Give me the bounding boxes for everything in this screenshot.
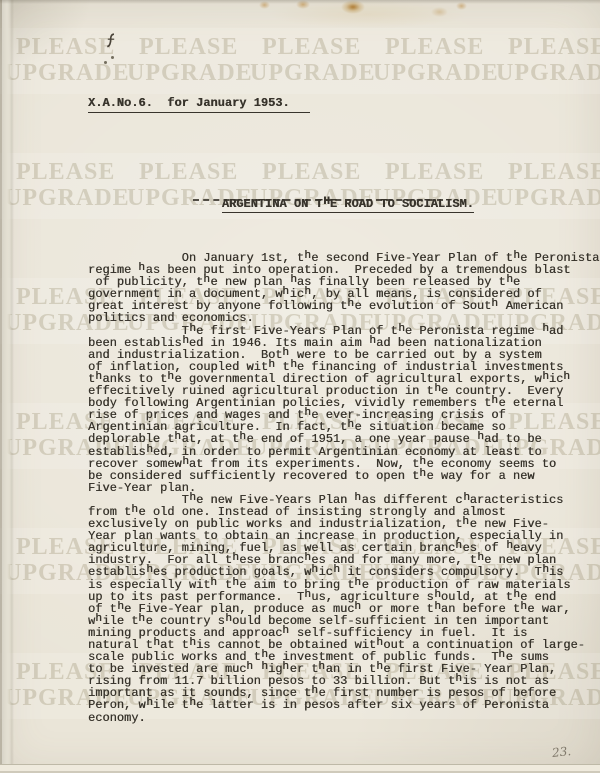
text-line: economy.	[88, 712, 599, 724]
watermark-word-please: PLEASE	[385, 159, 484, 186]
page-title: ARGENTINA ON THE ROAD TO SOCIALISM.	[193, 183, 474, 227]
scanned-document-page: PLEASEUPGRADEPLEASEUPGRADEPLEASEUPGRADEP…	[0, 0, 600, 773]
text-line: deplorable that, at the end of 1951, a o…	[88, 433, 599, 445]
text-line: established, in order to permit Argentin…	[88, 446, 599, 458]
text-line: establishes production goals, which it c…	[88, 566, 599, 578]
watermark-word-upgrade: UPGRADE	[127, 60, 253, 87]
watermark-word-please: PLEASE	[139, 159, 238, 186]
watermark-word-upgrade: UPGRADE	[496, 60, 600, 87]
watermark-word-please: PLEASE	[262, 159, 361, 186]
text-line: be considered sufficiently recovered to …	[88, 470, 599, 482]
watermark-word-please: PLEASE	[262, 34, 361, 61]
corner-shading	[0, 0, 130, 100]
watermark-word-upgrade: UPGRADE	[496, 185, 600, 212]
watermark-word-upgrade: UPGRADE	[373, 60, 499, 87]
watermark-word-please: PLEASE	[16, 159, 115, 186]
text-line: The first Five-Years Plan of the Peronis…	[88, 325, 599, 337]
paper-edge-left	[0, 0, 13, 773]
watermark-word-upgrade: UPGRADE	[4, 185, 130, 212]
watermark-word-please: PLEASE	[385, 34, 484, 61]
watermark-word-please: PLEASE	[508, 34, 600, 61]
text-line: Peron, while the latter is in pesos afte…	[88, 699, 599, 711]
paper-edge-top	[0, 0, 600, 4]
text-line: recover somewhat from its experiments. N…	[88, 458, 599, 470]
watermark-word-please: PLEASE	[139, 34, 238, 61]
stain-spot	[431, 7, 448, 17]
title-dashed-underline	[193, 199, 443, 201]
text-line: been established in 1946. Its main aim h…	[88, 337, 599, 349]
text-line: politics and economics.	[88, 312, 599, 324]
watermark-word-please: PLEASE	[508, 159, 600, 186]
text-line: is especially with the aim to bring the …	[88, 579, 599, 591]
page-number: 23.	[551, 744, 571, 760]
paper-edge-bottom	[0, 764, 600, 773]
document-body: On January 1st, the second Five-Year Pla…	[88, 252, 599, 724]
text-line: of the Five-Year plan, produce as much o…	[88, 603, 599, 615]
watermark-word-upgrade: UPGRADE	[250, 60, 376, 87]
